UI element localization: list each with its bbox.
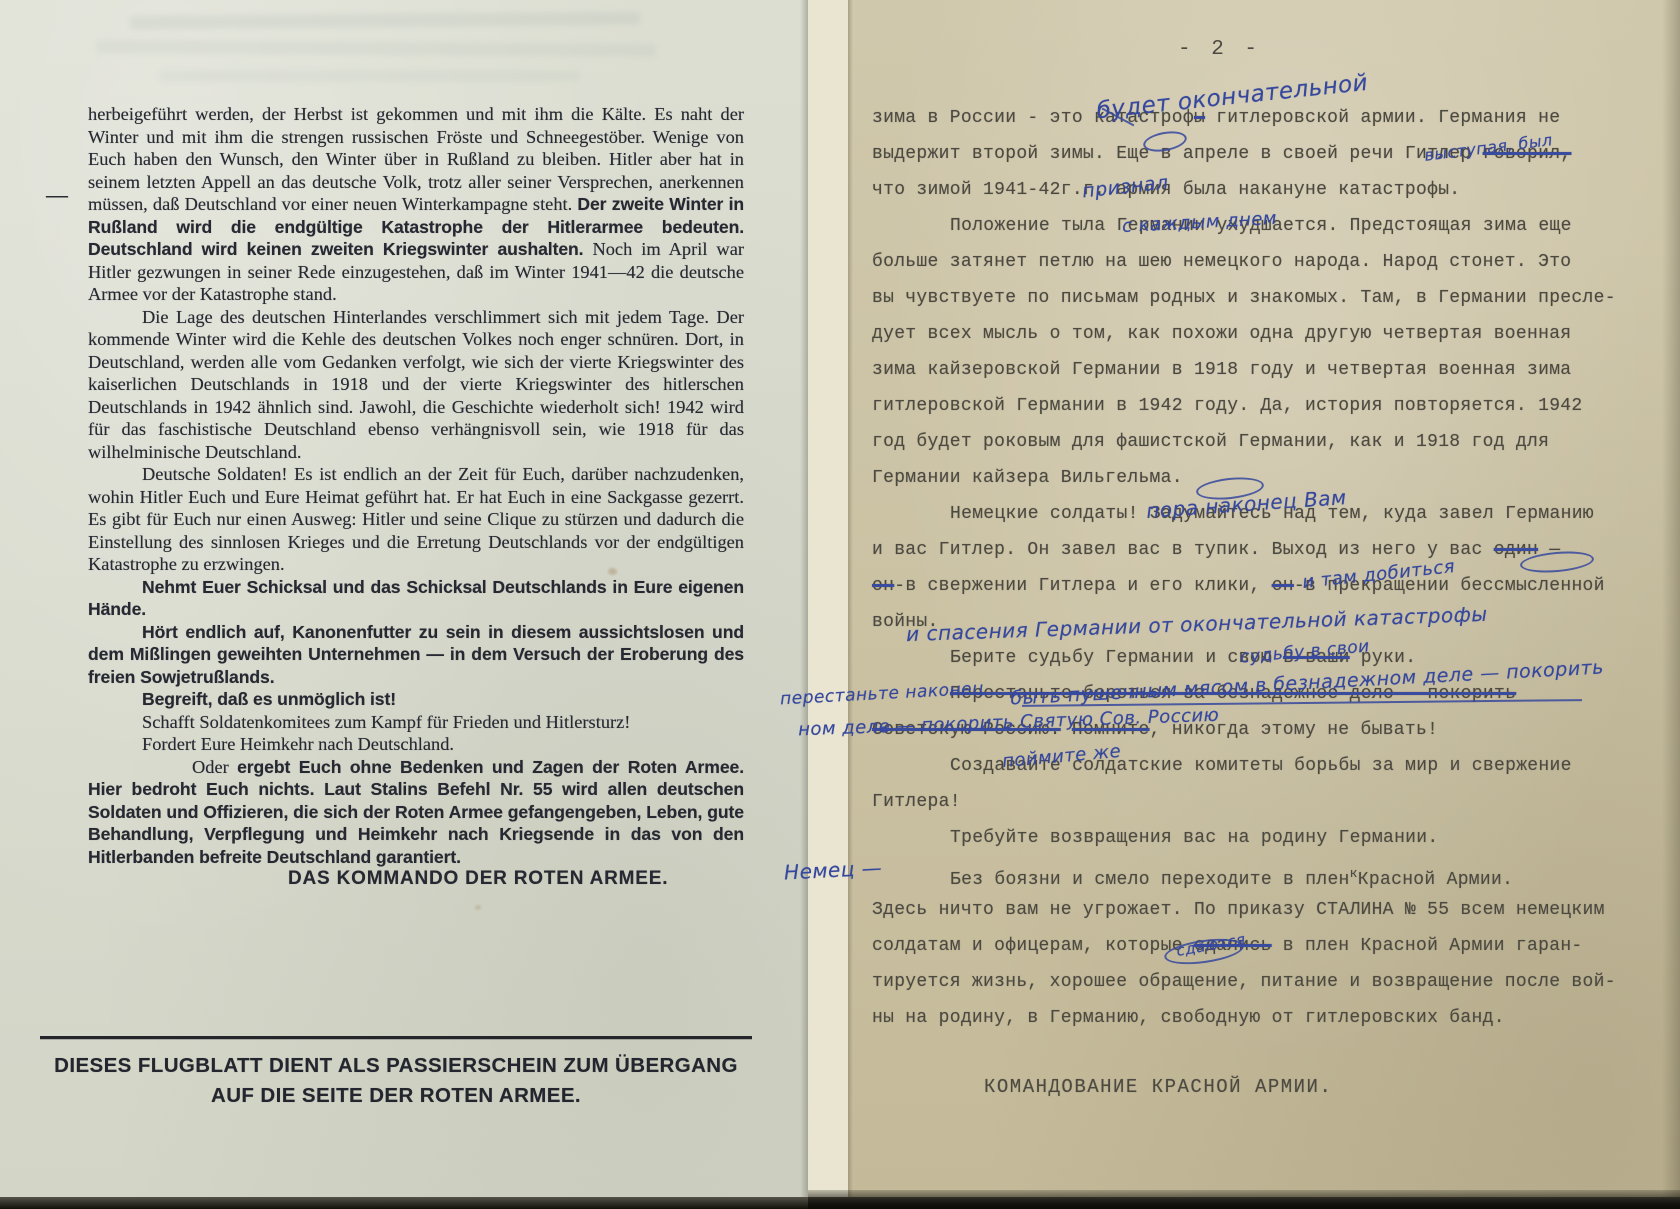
typed-line: Немецкие солдаты! Задумайтесь над тем, к… [872, 496, 1594, 532]
typed-line: дует всех мысль о том, как похожи одна д… [872, 316, 1571, 352]
bleed-through-mark [160, 70, 580, 82]
german-signature: DAS KOMMANDO DER ROTEN ARMEE. [88, 868, 744, 891]
margin-dash-mark: — [46, 182, 76, 198]
typed-line: войны. [872, 604, 939, 640]
typed-line: Без боязни и смело переходите в пленкКра… [872, 856, 1513, 892]
russian-typed-lines: зима в России - это катастрофы гитлеровс… [872, 100, 1672, 1060]
german-paragraph: Deutsche Soldaten! Es ist endlich an der… [88, 463, 744, 576]
scan-bottom-edge-right [808, 1190, 1680, 1209]
bleed-through-mark [130, 12, 640, 29]
german-paragraph: herbeigeführt werden, der Herbst ist gek… [88, 103, 744, 306]
safe-conduct-footer: DIESES FLUGBLATT DIENT ALS PASSIERSCHEIN… [52, 1051, 740, 1111]
typed-line: солдатам и офицерам, которые сдались в п… [872, 928, 1583, 964]
footer-line-1: DIESES FLUGBLATT DIENT ALS PASSIERSCHEIN… [52, 1051, 740, 1081]
footer-line-2: AUF DIE SEITE DER ROTEN ARMEE. [52, 1081, 740, 1111]
german-paragraph: Schafft Soldatenkomitees zum Kampf für F… [88, 711, 744, 734]
typed-line: Германии кайзера Вильгельма. [872, 460, 1183, 496]
typed-line: Берите судьбу Германии и свою в ваши рук… [872, 640, 1416, 676]
typed-line: вы чувствуете по письмам родных и знаком… [872, 280, 1616, 316]
paper-stain [475, 905, 481, 910]
german-paragraph: Hört endlich auf, Kanonenfutter zu sein … [88, 621, 744, 689]
typed-line: зима в России - это катастрофы гитлеровс… [872, 100, 1560, 136]
typed-line: зима кайзеровской Германии в 1918 году и… [872, 352, 1571, 388]
typed-line: Перестаньте бороться за безнадежное дело… [872, 676, 1516, 712]
bleed-through-mark [96, 40, 656, 57]
german-paragraph: Begreift, daß es unmöglich ist! [88, 688, 744, 711]
document-scan: — herbeigeführt werden, der Herbst ist g… [0, 0, 1680, 1209]
typed-line: Требуйте возвращения вас на родину Герма… [872, 820, 1438, 856]
german-paragraph: Nehmt Euer Schicksal und das Schicksal D… [88, 576, 744, 621]
page-number: - 2 - [1178, 38, 1261, 61]
typed-line: что зимой 1941-42г.г. армия была наканун… [872, 172, 1460, 208]
typed-line: тируется жизнь, хорошее обращение, питан… [872, 964, 1616, 1000]
typed-line: Гитлера! [872, 784, 961, 820]
typed-line: Советскую Россию. Помните, никогда этому… [872, 712, 1438, 748]
typed-line: и вас Гитлер. Он завел вас в тупик. Выхо… [872, 532, 1560, 568]
typed-line: Здесь ничто вам не угрожает. По приказу … [872, 892, 1605, 928]
typed-line: ны на родину, в Германию, свободную от г… [872, 1000, 1505, 1036]
german-leaflet-page: — herbeigeführt werden, der Herbst ist g… [0, 0, 808, 1209]
german-text: herbeigeführt werden, der Herbst ist gek… [88, 103, 744, 891]
typed-line: Положение тыла Германии ухудшается. Пред… [872, 208, 1572, 244]
typed-line: он-в свержении Гитлера и его клики, он-в… [872, 568, 1605, 604]
divider-rule [40, 1036, 752, 1039]
german-paragraph: Oder ergebt Euch ohne Bedenken und Zagen… [88, 756, 744, 869]
typed-line: больше затянет петлю на шею немецкого на… [872, 244, 1571, 280]
russian-signature: КОМАНДОВАНИЕ КРАСНОЙ АРМИИ. [984, 1076, 1332, 1098]
german-paragraph: Die Lage des deutschen Hinterlandes vers… [88, 306, 744, 464]
typed-line: гитлеровской Германии в 1942 году. Да, и… [872, 388, 1583, 424]
german-paragraph: Fordert Eure Heimkehr nach Deutschland. [88, 733, 744, 756]
typed-line: год будет роковым для фашистской Германи… [872, 424, 1549, 460]
typed-line: Создавайте солдатские комитеты борьбы за… [872, 748, 1572, 784]
typed-line: выдержит второй зимы. Еще в апреле в сво… [872, 136, 1571, 172]
